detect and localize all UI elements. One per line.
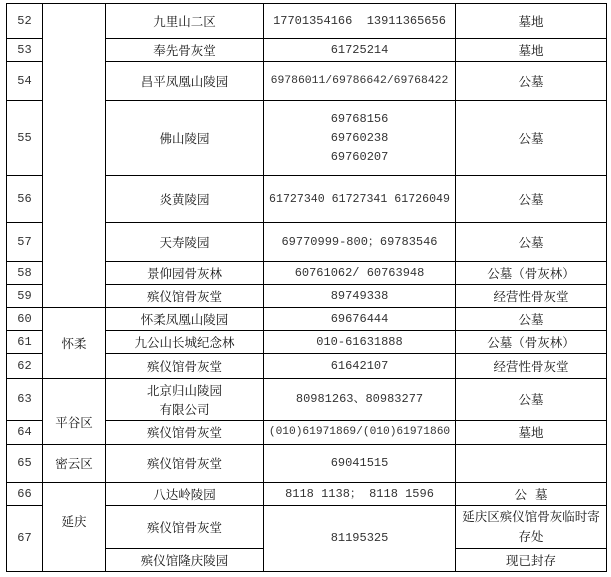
cemetery-name: 佛山陵园 <box>105 100 264 176</box>
row-number: 67 <box>6 505 43 572</box>
row-number: 58 <box>6 261 43 285</box>
district-cell-empty <box>42 3 106 308</box>
phone-line: 69760238 <box>331 129 389 148</box>
cemetery-type: 公墓 <box>455 378 607 421</box>
cemetery-type: 公墓（骨灰林） <box>455 330 607 354</box>
row-number: 56 <box>6 175 43 223</box>
cemetery-name: 殡仪馆骨灰堂 <box>105 353 264 379</box>
row-number: 54 <box>6 61 43 101</box>
phone-number: 010-61631888 <box>263 330 456 354</box>
cemetery-name: 奉先骨灰堂 <box>105 38 264 62</box>
phone-number: 80981263、80983277 <box>263 378 456 421</box>
cemetery-name-line: 北京归山陵园 <box>147 381 222 400</box>
phone-number: 60761062/ 60763948 <box>263 261 456 285</box>
district-cell: 平谷区 <box>42 378 106 445</box>
cemetery-type: 公墓 <box>455 175 607 223</box>
district-cell: 怀柔 <box>42 307 106 379</box>
phone-number: 69786011/69786642/69768422 <box>263 61 456 101</box>
phone-line: 69760207 <box>331 148 389 167</box>
row-number: 55 <box>6 100 43 176</box>
cemetery-type: 延庆区殡仪馆骨灰临时寄 存处 <box>455 505 607 549</box>
cemetery-type: 经营性骨灰堂 <box>455 284 607 308</box>
row-number: 57 <box>6 222 43 262</box>
district-cell: 延庆 <box>42 482 106 572</box>
cemetery-type-line: 延庆区殡仪馆骨灰临时寄 <box>462 507 600 527</box>
cemetery-name: 殡仪馆骨灰堂 <box>105 420 264 445</box>
phone-number: 17701354166 13911365656 <box>263 3 456 39</box>
cemetery-name: 殡仪馆隆庆陵园 <box>105 548 264 572</box>
row-number: 60 <box>6 307 43 331</box>
cemetery-type <box>455 444 607 483</box>
row-number: 63 <box>6 378 43 421</box>
phone-number: 69770999-800；69783546 <box>263 222 456 262</box>
cemetery-type: 公 墓 <box>455 482 607 506</box>
phone-number: 61727340 61727341 61726049 <box>263 175 456 223</box>
phone-number: 8118 1138； 8118 1596 <box>263 482 456 506</box>
phone-number: 81195325 <box>263 505 456 572</box>
row-number: 53 <box>6 38 43 62</box>
cemetery-name-line: 有限公司 <box>159 400 209 419</box>
cemetery-type: 墓地 <box>455 420 607 445</box>
cemetery-name: 殡仪馆骨灰堂 <box>105 284 264 308</box>
cemetery-name: 怀柔凤凰山陵园 <box>105 307 264 331</box>
phone-number: 69768156 69760238 69760207 <box>263 100 456 176</box>
cemetery-type: 墓地 <box>455 3 607 39</box>
row-number: 65 <box>6 444 43 483</box>
cemetery-type: 经营性骨灰堂 <box>455 353 607 379</box>
cemetery-name: 殡仪馆骨灰堂 <box>105 444 264 483</box>
phone-number: 61642107 <box>263 353 456 379</box>
cemetery-name: 殡仪馆骨灰堂 <box>105 505 264 549</box>
cemetery-name: 天寿陵园 <box>105 222 264 262</box>
cemetery-type: 公墓 <box>455 100 607 176</box>
cemetery-type-line: 存处 <box>518 527 543 547</box>
row-number: 52 <box>6 3 43 39</box>
cemetery-type: 公墓（骨灰林） <box>455 261 607 285</box>
phone-line: 69768156 <box>331 110 389 129</box>
row-number: 62 <box>6 353 43 379</box>
phone-number: 89749338 <box>263 284 456 308</box>
phone-number: (010)61971869/(010)61971860 <box>263 420 456 445</box>
cemetery-name: 景仰园骨灰林 <box>105 261 264 285</box>
cemetery-name: 昌平凤凰山陵园 <box>105 61 264 101</box>
row-number: 66 <box>6 482 43 506</box>
row-number: 64 <box>6 420 43 445</box>
cemetery-name: 炎黄陵园 <box>105 175 264 223</box>
phone-number: 61725214 <box>263 38 456 62</box>
cemetery-type: 公墓 <box>455 222 607 262</box>
district-cell: 密云区 <box>42 444 106 483</box>
cemetery-name: 九里山二区 <box>105 3 264 39</box>
phone-number: 69041515 <box>263 444 456 483</box>
cemetery-name: 北京归山陵园 有限公司 <box>105 378 264 421</box>
cemetery-name: 八达岭陵园 <box>105 482 264 506</box>
phone-number: 69676444 <box>263 307 456 331</box>
cemetery-type: 墓地 <box>455 38 607 62</box>
cemetery-type: 公墓 <box>455 61 607 101</box>
row-number: 61 <box>6 330 43 354</box>
cemetery-type: 现已封存 <box>455 548 607 572</box>
cemetery-type: 公墓 <box>455 307 607 331</box>
cemetery-name: 九公山长城纪念林 <box>105 330 264 354</box>
row-number: 59 <box>6 284 43 308</box>
